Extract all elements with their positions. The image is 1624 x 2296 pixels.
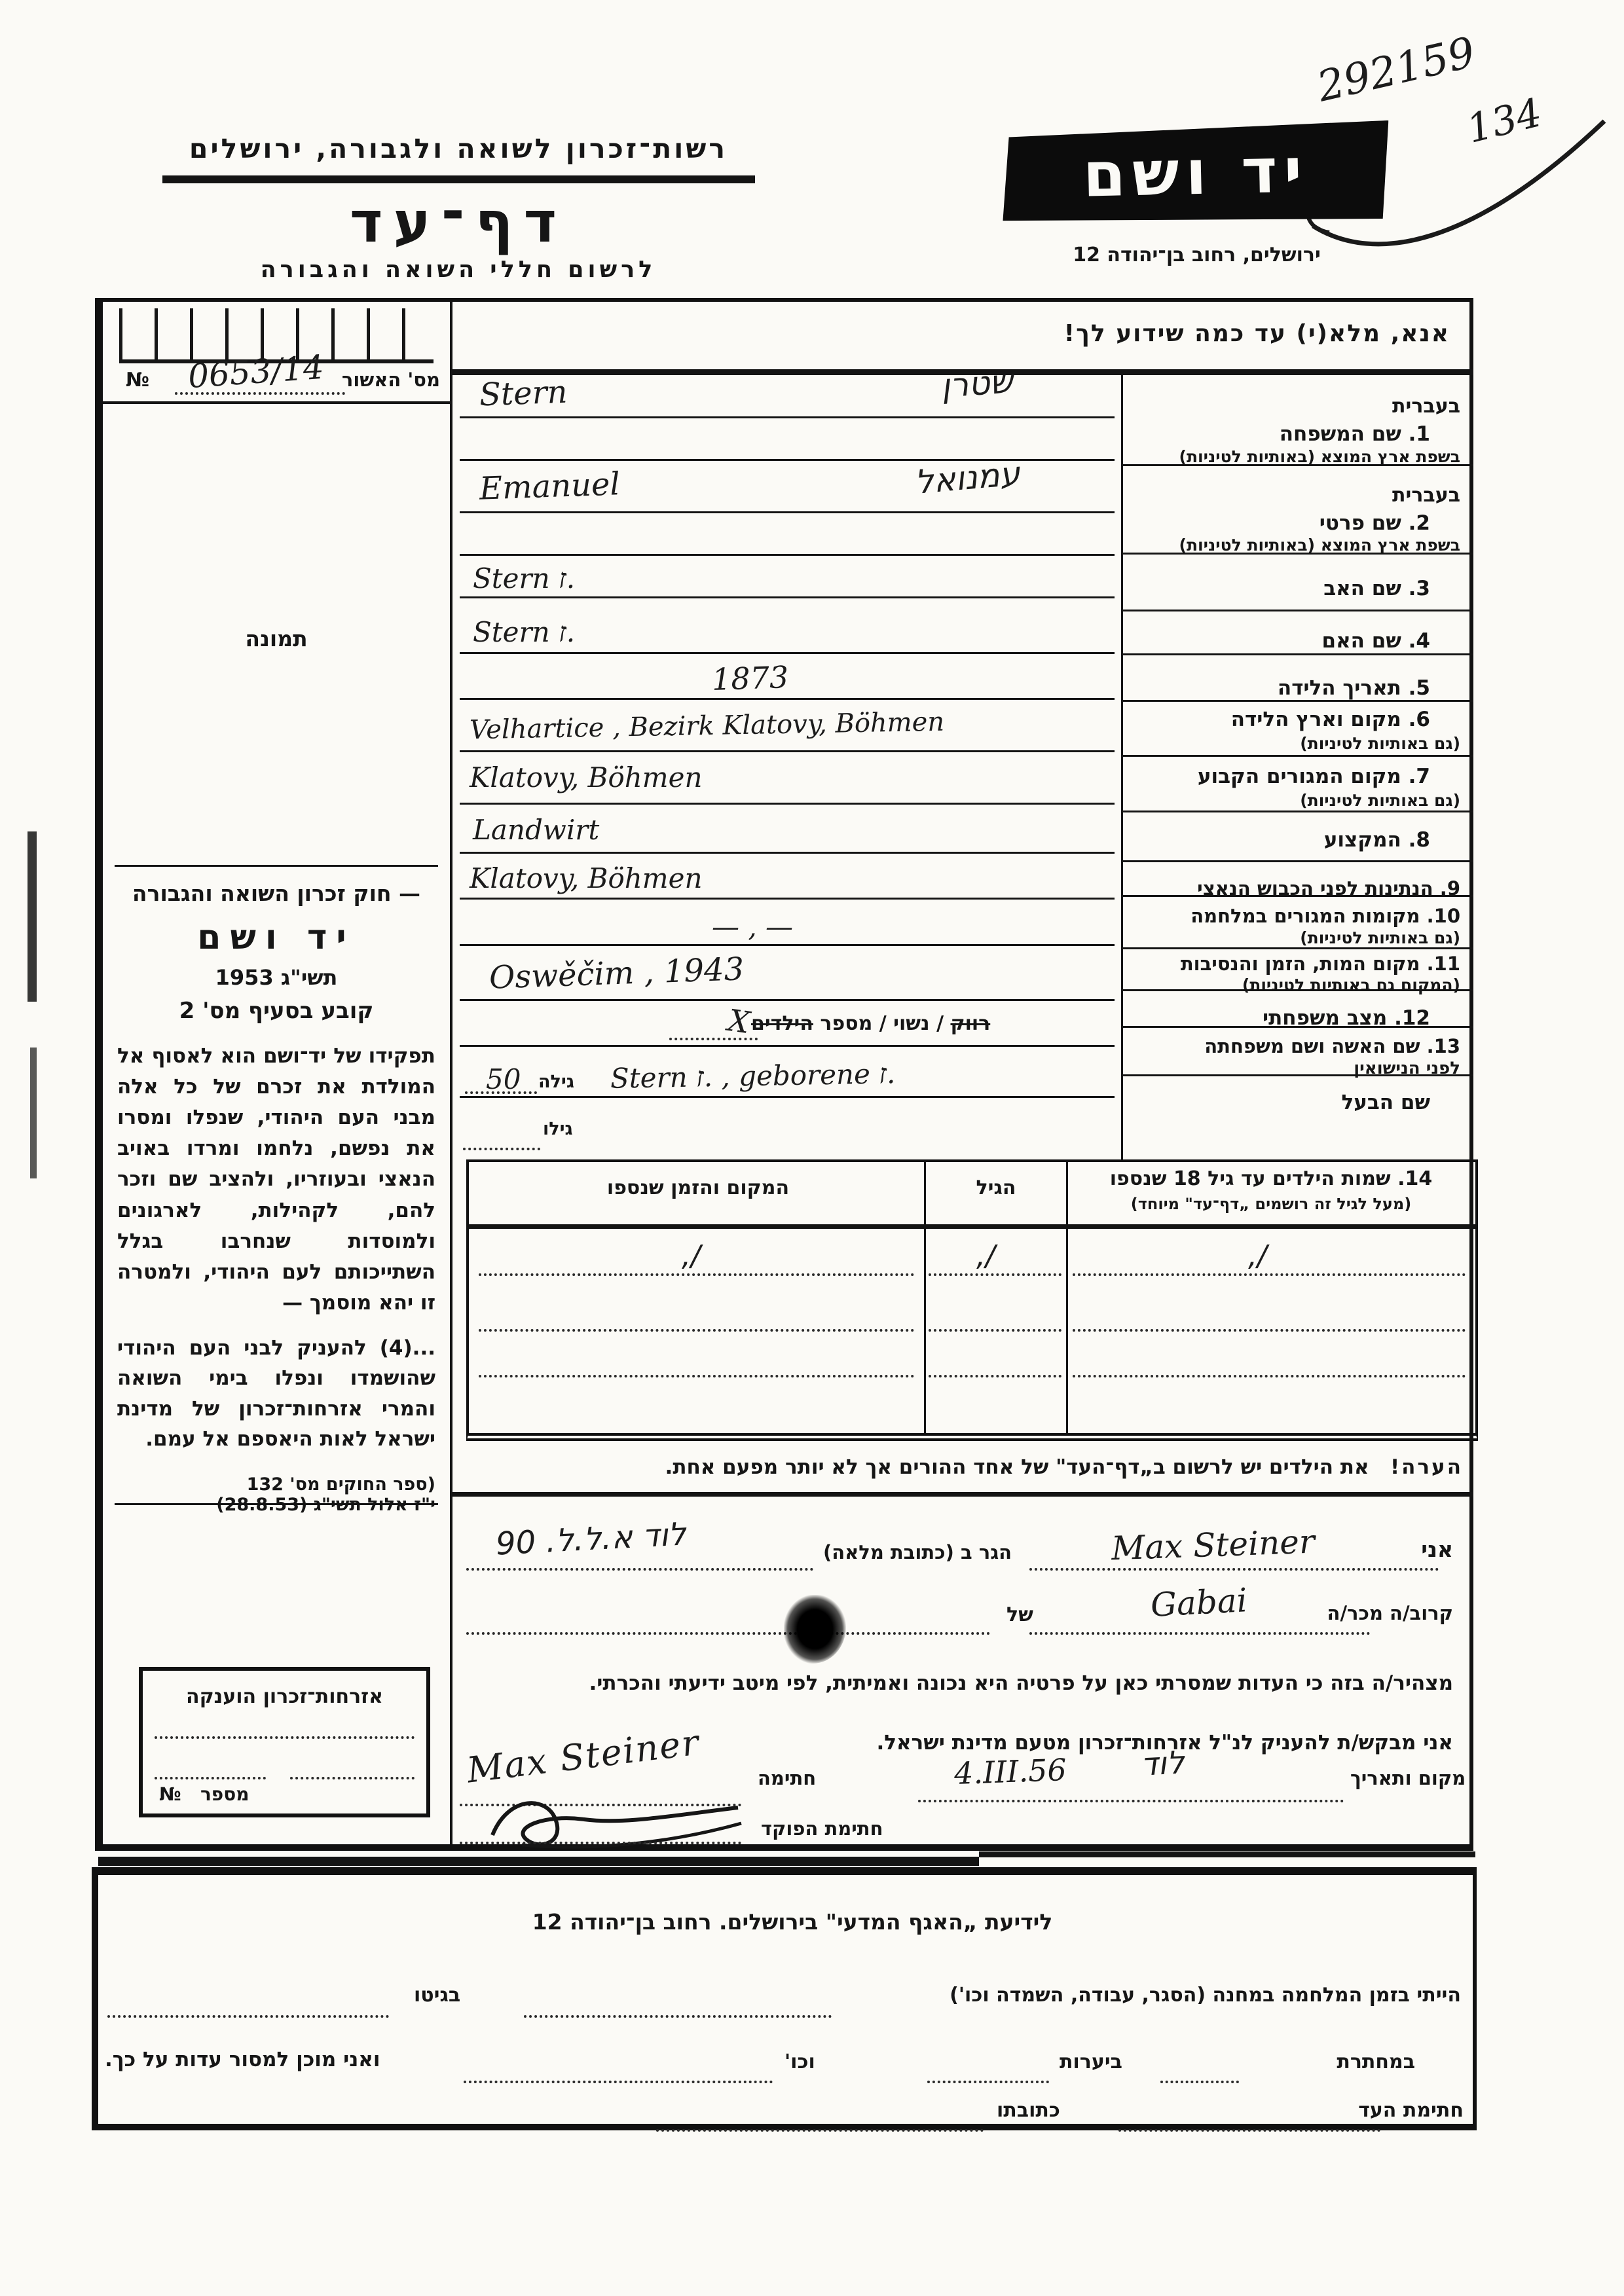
dotted-rule (465, 1091, 537, 1094)
dotted-rule (155, 1777, 266, 1779)
field11-label: 11. מקום המות, הזמן והנסיבות (1181, 953, 1460, 975)
declarant-address-entry: לוד א.ל.ל. 90 (495, 1516, 687, 1562)
rule (460, 750, 1115, 752)
law-section: קובע בסעיף מס' 2 (117, 998, 435, 1024)
death-place-entry: Oswěčim , 1943 (489, 951, 745, 996)
law-org-name: יד ושם (117, 918, 435, 957)
residence-entry: Klatovy, Böhmen (470, 761, 703, 793)
rule (460, 803, 1115, 805)
law-title: — חוק זכרון השואה והגבורה (117, 881, 435, 906)
testify-label: ואני מוכן למסור עדות על כך. (105, 2048, 380, 2071)
dotted-rule (1073, 1329, 1466, 1332)
marital-status-mark: X (726, 1002, 752, 1040)
children-age-none-mark: ∕, (976, 1239, 995, 1273)
scan-smear-rule (98, 1857, 979, 1866)
scanned-testimony-page: 292159 134 רשות־זכרון לשואה ולגבורה, ירו… (0, 0, 1624, 2296)
dotted-rule (927, 2081, 1049, 2083)
camp-label: הייתי בזמן המלחמה במחנה (הסגר, עבודה, הש… (950, 1984, 1461, 2007)
rule (1123, 610, 1473, 611)
option-single: רווק (950, 1012, 990, 1035)
law-sidebar: — חוק זכרון השואה והגבורה יד ושם תשי"ג 1… (117, 881, 435, 1515)
dotted-rule (155, 1736, 415, 1739)
rule (460, 416, 1115, 418)
rule (460, 554, 1115, 556)
dotted-rule (1118, 2129, 1380, 2132)
citizenship-number-label: מספר (200, 1783, 249, 1805)
citizenship-granted-box: אזרחות־זכרון הוענקה № מספר (139, 1667, 430, 1817)
field2-language-label: בעברית (1392, 484, 1460, 507)
place-date-label: מקום ותאריך (1350, 1767, 1466, 1789)
rule (460, 596, 1115, 598)
dotted-rule (466, 1632, 990, 1635)
rule (1123, 947, 1473, 949)
witness-signature-script: Max Steiner (464, 1721, 702, 1791)
of-label: של (1006, 1603, 1033, 1626)
place-entry: לוד (1140, 1744, 1185, 1783)
dotted-rule (929, 1375, 1061, 1377)
dotted-rule (175, 392, 345, 395)
wartime-residence-entry: — , — (712, 911, 793, 943)
date-entry: 4.III.56 (953, 1752, 1067, 1791)
rule (1123, 989, 1473, 991)
his-address-label: כתובתו (997, 2099, 1060, 2122)
dotted-rule (479, 1329, 914, 1332)
rule (469, 1224, 1475, 1229)
official-signature-label: חתימת הפוקד (761, 1817, 883, 1840)
dotted-rule (460, 1842, 741, 1844)
law-ref-1: (ספר החוקים מס' 132 (117, 1474, 435, 1495)
scientific-branch-section: לידיעת „האגף המדעי" בירושלים. רחוב בן־יה… (92, 1867, 1477, 2130)
citizenship-no-symbol: № (159, 1783, 181, 1805)
underground-label: במחתרת (1337, 2050, 1415, 2073)
fill-in-instruction: אנא, מלא(י) עד כמה שידוע לך! (1064, 320, 1450, 347)
children-names-none-mark: ∕, (1248, 1239, 1267, 1273)
husband-name-label: שם הבעל (1342, 1091, 1431, 1114)
etc-label: וכו' (784, 2050, 815, 2073)
dotted-rule (929, 1273, 1061, 1276)
dotted-rule (669, 1038, 758, 1040)
wife-age-label: גילה (538, 1072, 574, 1092)
dotted-rule (656, 2129, 984, 2132)
declarant-i-label: אני (1421, 1537, 1453, 1562)
scan-artifact (30, 1048, 37, 1178)
field6-label: 6. מקום וארץ הלידה (1231, 708, 1430, 731)
rule (1123, 895, 1473, 897)
rule (460, 698, 1115, 700)
children-table: 14. שמות הילדים עד גיל 18 שנספו (מעל לגי… (466, 1159, 1478, 1441)
forests-label: ביערות (1060, 2050, 1122, 2073)
rule (450, 302, 452, 1844)
first-name-hebrew-entry: עמנואל (913, 454, 1022, 501)
field6-sublabel: (גם באותיות לטיניות) (1300, 734, 1460, 753)
rule (1066, 1162, 1068, 1433)
rule (460, 944, 1115, 946)
rule (460, 652, 1115, 654)
rule (1123, 553, 1473, 555)
children-note: הערה! את הילדים יש לרשום ב„דף־העד" של אח… (454, 1455, 1463, 1479)
rule (460, 1096, 1115, 1098)
scan-artifact (28, 831, 37, 1002)
dotted-rule (290, 1777, 415, 1779)
dotted-rule (466, 1568, 813, 1571)
citizenship-box-title: אזרחות־זכרון הוענקה (143, 1685, 426, 1708)
note-label: הערה! (1390, 1455, 1463, 1479)
family-name-entry: Stern (479, 374, 568, 414)
dotted-rule (479, 1375, 914, 1377)
rule (450, 1492, 1473, 1497)
children-age-header: הגיל (927, 1176, 1065, 1199)
dotted-rule (464, 2081, 773, 2083)
dotted-rule (1073, 1375, 1466, 1377)
rule (115, 1503, 438, 1505)
children-names-subheader: (מעל לגיל זה רושמים „דף־עד" מיוחד) (1071, 1195, 1471, 1213)
wife-age-entry: 50 (486, 1063, 521, 1095)
field8-label: 8. המקצוע (1324, 828, 1430, 852)
ghetto-label: בגיטו (414, 1984, 460, 2007)
office-address: ירושלים, רחוב בן־יהודה 12 (1018, 244, 1375, 266)
option-married: / נשוי / מספר (820, 1012, 944, 1035)
dotted-rule (107, 2015, 389, 2018)
law-paragraph: תפקידו של יד־ושם הוא לאסוף אל המולדת את … (117, 1041, 435, 1319)
scan-smear-rule (979, 1851, 1475, 1857)
field4-label: 4. שם האם (1322, 629, 1430, 653)
relative-of-entry: Gabai (1150, 1581, 1248, 1624)
note-text: את הילדים יש לרשום ב„דף־העד" של אחד ההור… (665, 1455, 1369, 1479)
field13-label: 13. שם האשה ושם משפחתה (1204, 1035, 1460, 1057)
form-title: דף־עד (295, 190, 622, 255)
rule (115, 865, 438, 867)
main-form-box: № 0653/14 מס' האשור תמונה — חוק זכרון הש… (95, 298, 1473, 1851)
field1-language-label: בעברית (1392, 395, 1460, 418)
first-name-entry: Emanuel (479, 465, 621, 507)
citizenship-number-row: № מספר (159, 1783, 249, 1805)
field2-sublabel: בשפת ארץ המוצא (באותיות לטיניות) (1179, 536, 1460, 555)
dotted-rule (524, 2015, 832, 2018)
authority-title: רשות־זכרון לשואה ולגבורה, ירושלים (164, 133, 753, 164)
rule (1123, 653, 1473, 655)
residing-at-label: הגר ב (כתובת מלאה) (823, 1541, 1012, 1563)
children-place-header: המקום והזמן שנספו (475, 1176, 921, 1199)
dotted-rule (479, 1273, 914, 1276)
rule (1123, 1026, 1473, 1028)
field11-sublabel: (המקום גם באותיות לטיניות) (1242, 975, 1460, 994)
witness-signature-label: חתימת העד (1358, 2099, 1464, 2122)
field10-label: 10. מקומות המגורים במלחמה (1190, 905, 1460, 927)
field5-label: 5. תאריך הלידה (1278, 676, 1430, 700)
dotted-rule (1160, 2081, 1239, 2083)
dotted-rule (463, 1148, 540, 1150)
mother-name-entry: Stern ז. (473, 616, 575, 649)
rule (460, 852, 1115, 854)
citizenship-entry: Klatovy, Böhmen (470, 862, 703, 894)
birth-place-entry: Velhartice , Bezirk Klatovy, Böhmen (470, 707, 945, 746)
rule (1123, 1074, 1473, 1076)
yad-vashem-logo: יד ושם (1001, 120, 1390, 227)
header-rule (162, 175, 755, 183)
dotted-rule (918, 1800, 1344, 1802)
marital-status-options: רווק / נשוי / מספר הילדים (751, 1012, 1088, 1035)
rule (1123, 464, 1473, 466)
law-clause: ...(4) להעניק לבני העם היהודי שהושמדו ונ… (117, 1333, 435, 1455)
rule (460, 898, 1115, 900)
birth-date-entry: 1873 (711, 659, 789, 697)
rule (460, 1045, 1115, 1047)
dotted-rule (1073, 1273, 1466, 1276)
father-name-entry: Stern ז. (473, 562, 575, 595)
field7-sublabel: (גם באותיות לטיניות) (1300, 791, 1460, 810)
approval-no-symbol: № (126, 369, 149, 392)
signature-label: חתימה (758, 1767, 816, 1789)
husband-age-label: גילו (543, 1119, 573, 1139)
form-subtitle: לרשום חללי השואה והגבורה (249, 257, 668, 283)
rule (103, 401, 450, 404)
profession-entry: Landwirt (473, 814, 599, 846)
rule (460, 999, 1115, 1001)
field10-sublabel: (גם באותיות לטיניות) (1300, 928, 1460, 947)
photo-placeholder-label: תמונה (103, 626, 450, 651)
law-year: תשי"ג 1953 (117, 965, 435, 990)
field2-label: 2. שם פרטי (1319, 511, 1430, 535)
declaration-statement: מצהיר/ה בזה כי העדות שמסרתי כאן על פרטיה… (589, 1671, 1453, 1695)
relative-acquaintance-label: קרוב/ה מכר/ה (1327, 1602, 1453, 1624)
children-place-none-mark: ∕, (682, 1239, 701, 1273)
field1-label: 1. שם המשפחה (1280, 422, 1430, 446)
rule (1123, 860, 1473, 862)
rule (924, 1162, 926, 1433)
rule (1121, 371, 1123, 1159)
declarant-name-entry: Max Steiner (1111, 1523, 1316, 1568)
rule (1123, 755, 1473, 757)
field1-sublabel: בשפת ארץ המוצא (באותיות לטיניות) (1179, 447, 1460, 466)
wife-name-entry: Stern ז. , geborene ז. (610, 1057, 896, 1095)
footer-title: לידיעת „האגף המדעי" בירושלים. רחוב בן־יה… (439, 1909, 1146, 1935)
children-names-header: 14. שמות הילדים עד גיל 18 שנספו (1071, 1167, 1471, 1190)
field7-label: 7. מקום המגורים הקבוע (1198, 765, 1430, 788)
rule (1123, 700, 1473, 702)
rule (1123, 811, 1473, 812)
field3-label: 3. שם האב (1323, 577, 1430, 600)
dotted-rule (1029, 1632, 1370, 1635)
rule (460, 511, 1115, 513)
dotted-rule (929, 1329, 1061, 1332)
dotted-rule (1029, 1568, 1439, 1571)
ink-blot (784, 1595, 846, 1664)
approval-number-label: מס' האשור (335, 369, 440, 391)
family-name-hebrew-entry: שטרן (940, 362, 1014, 405)
option-children-count: הילדים (751, 1012, 813, 1035)
